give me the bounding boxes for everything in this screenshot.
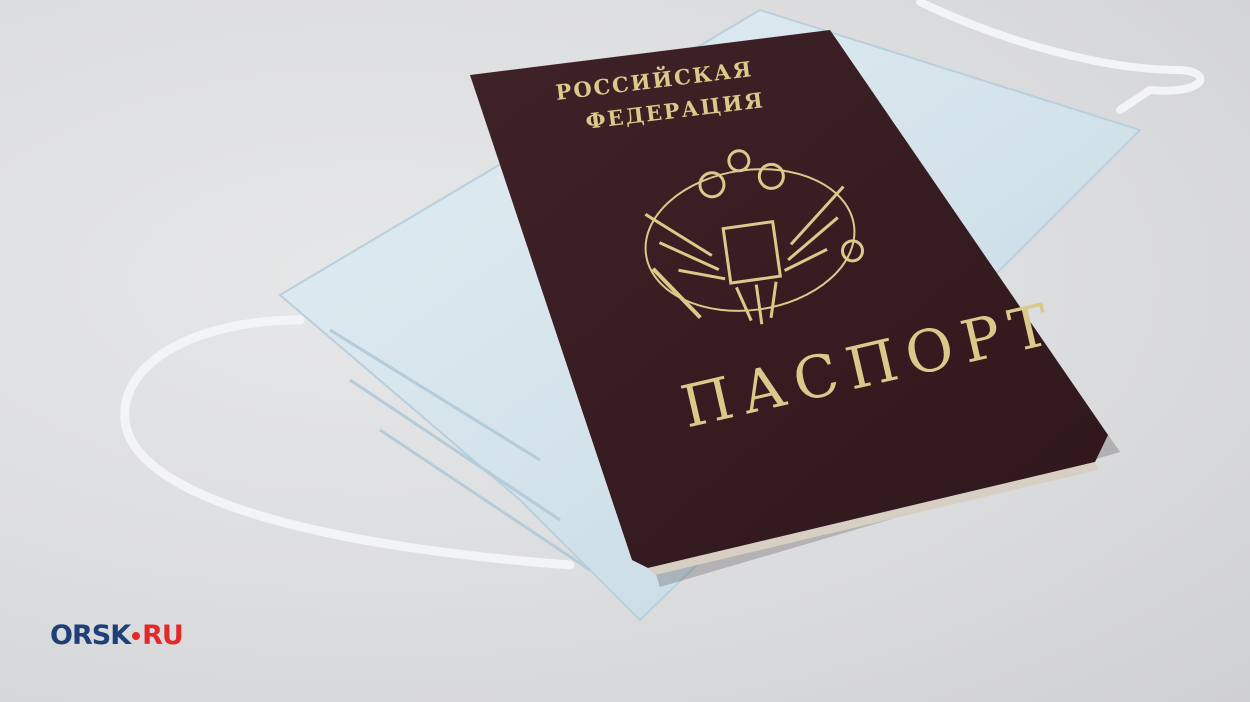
- orsk-ru-logo: ORSK RU: [50, 620, 183, 651]
- logo-right: RU: [142, 620, 183, 651]
- logo-left: ORSK: [50, 620, 130, 651]
- logo-dot-icon: [132, 632, 140, 640]
- photo-scene: РОССИЙСКАЯ ФЕДЕРАЦИЯ ПАСПОРТ: [0, 0, 1250, 702]
